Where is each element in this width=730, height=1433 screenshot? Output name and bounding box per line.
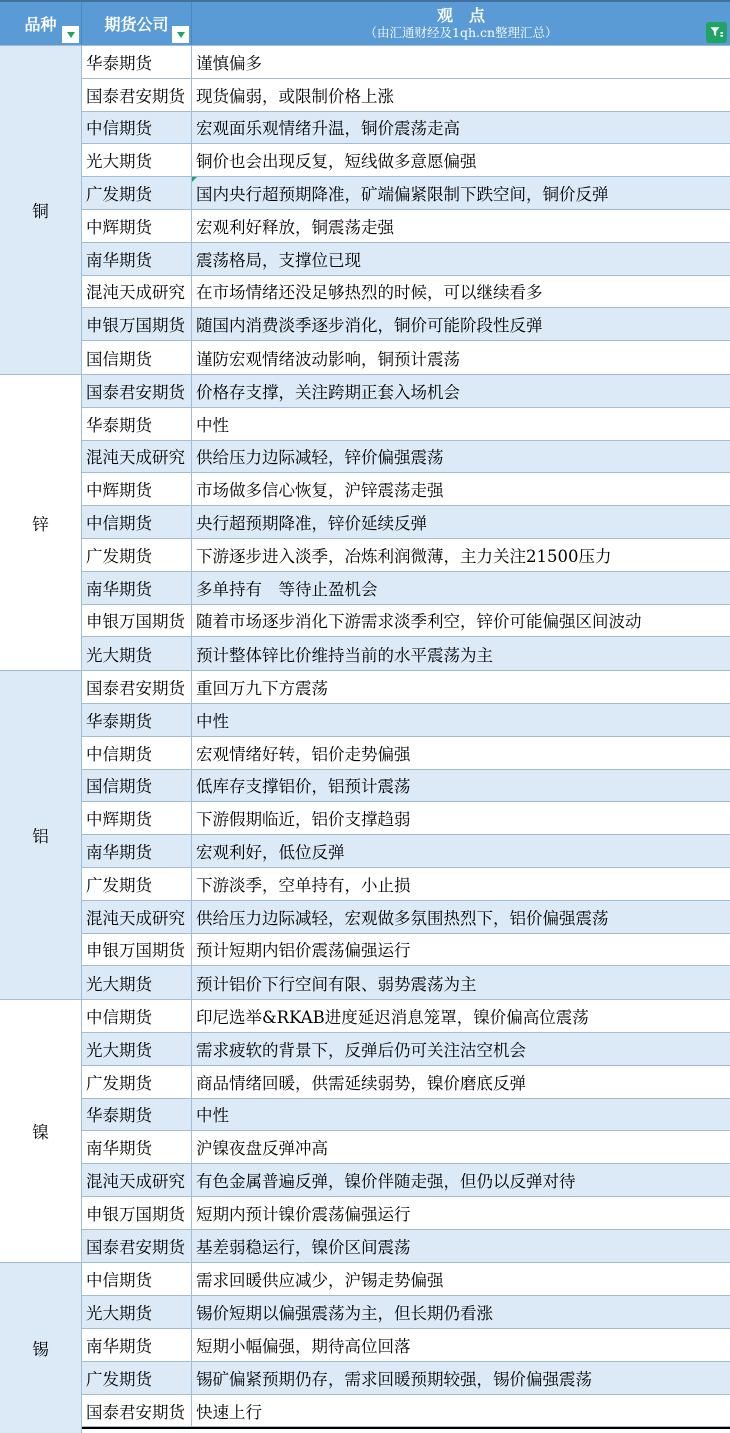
table-row: 光大期货预计整体锌比价维持当前的水平震荡为主 — [82, 637, 730, 670]
table-row: 南华期货震荡格局，支撑位已现 — [82, 243, 730, 276]
company-cell[interactable]: 混沌天成研究 — [82, 1164, 192, 1196]
viewpoint-cell[interactable]: 央行超预期降准，锌价延续反弹 — [192, 506, 730, 538]
table-row: 申银万国期货随国内消费淡季逐步消化，铜价可能阶段性反弹 — [82, 308, 730, 341]
viewpoint-cell[interactable]: 宏观利好，低位反弹 — [192, 835, 730, 867]
company-cell[interactable]: 光大期货 — [82, 144, 192, 176]
company-cell[interactable]: 华泰期货 — [82, 1099, 192, 1131]
table-row: 国泰君安期货现货偏弱，或限制价格上涨 — [82, 79, 730, 112]
company-cell[interactable]: 广发期货 — [82, 1066, 192, 1098]
company-cell[interactable]: 南华期货 — [82, 1329, 192, 1361]
company-cell[interactable]: 中信期货 — [82, 737, 192, 769]
viewpoint-cell[interactable]: 有色金属普遍反弹，镍价伴随走强，但仍以反弹对待 — [192, 1164, 730, 1196]
table-row: 广发期货商品情绪回暖，供需延续弱势，镍价磨底反弹 — [82, 1066, 730, 1099]
section-rows: 国泰君安期货重回万九下方震荡华泰期货中性中信期货宏观情绪好转，铝价走势偏强国信期… — [82, 671, 730, 999]
table-row: 申银万国期货预计短期内铝价震荡偏强运行 — [82, 934, 730, 967]
viewpoint-cell[interactable]: 印尼选举&RKAB进度延迟消息笼罩，镍价偏高位震荡 — [192, 1000, 730, 1032]
table-body: 铜华泰期货谨慎偏多国泰君安期货现货偏弱，或限制价格上涨中信期货宏观面乐观情绪升温… — [0, 46, 730, 1433]
table-row: 中辉期货宏观利好释放，铜震荡走强 — [82, 210, 730, 243]
viewpoint-cell[interactable]: 需求回暖供应减少，沪锡走势偏强 — [192, 1263, 730, 1295]
table-row: 国泰君安期货快速上行 — [82, 1395, 730, 1428]
table-row: 光大期货锡价短期以偏强震荡为主，但长期仍看涨 — [82, 1296, 730, 1329]
table-row: 华泰期货中性 — [82, 1099, 730, 1132]
table-row: 中信期货需求回暖供应减少，沪锡走势偏强 — [82, 1263, 730, 1296]
company-cell[interactable]: 华泰期货 — [82, 408, 192, 440]
table-row: 中辉期货下游假期临近，铝价支撑趋弱 — [82, 802, 730, 835]
viewpoint-cell[interactable]: 中性 — [192, 408, 730, 440]
table-row: 广发期货下游淡季，空单持有，小止损 — [82, 868, 730, 901]
chevron-down-icon — [67, 32, 75, 38]
variety-cell[interactable]: 铝 — [0, 671, 82, 999]
company-cell[interactable]: 国泰君安期货 — [82, 79, 192, 111]
company-cell[interactable]: 国信期货 — [82, 341, 192, 374]
viewpoint-cell[interactable]: 预计整体锌比价维持当前的水平震荡为主 — [192, 637, 730, 670]
variety-cell[interactable]: 镍 — [0, 1000, 82, 1262]
table-row: 华泰期货谨慎偏多 — [82, 46, 730, 79]
header-row: 品种 期货公司 观 点 （由汇通财经及1qh.cn整理汇总） — [0, 0, 730, 46]
commodity-section-4: 镍中信期货印尼选举&RKAB进度延迟消息笼罩，镍价偏高位震荡光大期货需求疲软的背… — [0, 1000, 730, 1263]
table-row: 华泰期货中性 — [82, 704, 730, 737]
company-cell[interactable]: 国泰君安期货 — [82, 375, 192, 407]
variety-label: 镍 — [32, 1119, 49, 1143]
section-rows: 中信期货需求回暖供应减少，沪锡走势偏强光大期货锡价短期以偏强震荡为主，但长期仍看… — [82, 1263, 730, 1433]
table-row: 南华期货多单持有 等待止盈机会 — [82, 572, 730, 605]
company-cell[interactable]: 国泰君安期货 — [82, 1395, 192, 1427]
viewpoint-cell[interactable]: 短期小幅偏强，期待高位回落 — [192, 1329, 730, 1361]
company-cell[interactable]: 申银万国期货 — [82, 1197, 192, 1229]
viewpoint-header-title: 观 点 — [437, 7, 485, 25]
viewpoint-cell[interactable]: 谨防宏观情绪波动影响，铜预计震荡 — [192, 341, 730, 374]
viewpoint-cell[interactable]: 商品情绪回暖，供需延续弱势，镍价磨底反弹 — [192, 1066, 730, 1098]
company-cell[interactable]: 中信期货 — [82, 1000, 192, 1032]
table-row: 中信期货央行超预期降准，锌价延续反弹 — [82, 506, 730, 539]
table-row: 广发期货国内央行超预期降准，矿端偏紧限制下跌空间，铜价反弹 — [82, 177, 730, 210]
company-cell[interactable]: 南华期货 — [82, 572, 192, 604]
table-row: 南华期货沪镍夜盘反弹冲高 — [82, 1131, 730, 1164]
table-row: 中信期货宏观情绪好转，铝价走势偏强 — [82, 737, 730, 770]
section-rows: 华泰期货谨慎偏多国泰君安期货现货偏弱，或限制价格上涨中信期货宏观面乐观情绪升温，… — [82, 46, 730, 374]
viewpoint-cell[interactable]: 市场做多信心恢复，沪锌震荡走强 — [192, 473, 730, 505]
section-rows: 中信期货印尼选举&RKAB进度延迟消息笼罩，镍价偏高位震荡光大期货需求疲软的背景… — [82, 1000, 730, 1262]
company-cell[interactable]: 广发期货 — [82, 539, 192, 571]
company-cell[interactable]: 南华期货 — [82, 1131, 192, 1163]
commodity-section-5: 锡中信期货需求回暖供应减少，沪锡走势偏强光大期货锡价短期以偏强震荡为主，但长期仍… — [0, 1263, 730, 1433]
filter-funnel-icon — [709, 25, 724, 40]
table-row: 光大期货预计铝价下行空间有限、弱势震荡为主 — [82, 966, 730, 999]
viewpoint-cell[interactable]: 需求疲软的背景下，反弹后仍可关注沽空机会 — [192, 1033, 730, 1065]
viewpoint-cell[interactable]: 随着市场逐步消化下游需求淡季利空，锌价可能偏强区间波动 — [192, 605, 730, 637]
header-cell-viewpoint[interactable]: 观 点 （由汇通财经及1qh.cn整理汇总） — [192, 2, 730, 45]
company-header-label: 期货公司 — [104, 12, 168, 35]
company-cell[interactable]: 中信期货 — [82, 112, 192, 144]
company-cell[interactable]: 华泰期货 — [82, 46, 192, 78]
table-row: 申银万国期货随着市场逐步消化下游需求淡季利空，锌价可能偏强区间波动 — [82, 605, 730, 638]
company-filter-dropdown-button[interactable] — [172, 26, 189, 43]
table-row: 国泰君安期货价格存支撑，关注跨期正套入场机会 — [82, 375, 730, 408]
table-row: 光大期货铜价也会出现反复，短线做多意愿偏强 — [82, 144, 730, 177]
table-row: 国信期货低库存支撑铝价，铝预计震荡 — [82, 770, 730, 803]
viewpoint-cell[interactable]: 下游逐步进入淡季，冶炼利润微薄，主力关注21500压力 — [192, 539, 730, 571]
variety-cell[interactable]: 锡 — [0, 1263, 82, 1433]
commodity-section-1: 铜华泰期货谨慎偏多国泰君安期货现货偏弱，或限制价格上涨中信期货宏观面乐观情绪升温… — [0, 46, 730, 375]
table-row: 国泰君安期货重回万九下方震荡 — [82, 671, 730, 704]
viewpoint-cell[interactable]: 震荡格局，支撑位已现 — [192, 243, 730, 275]
header-cell-company[interactable]: 期货公司 — [82, 2, 192, 45]
company-cell[interactable]: 国信期货 — [82, 770, 192, 802]
table-row: 国泰君安期货基差弱稳运行，镍价区间震荡 — [82, 1230, 730, 1263]
viewpoint-cell[interactable]: 供给压力边际减轻，宏观做多氛围热烈下，铝价偏强震荡 — [192, 901, 730, 933]
viewpoint-cell[interactable]: 宏观利好释放，铜震荡走强 — [192, 210, 730, 242]
viewpoint-cell[interactable]: 预计短期内铝价震荡偏强运行 — [192, 934, 730, 966]
viewpoint-cell[interactable]: 中性 — [192, 704, 730, 736]
viewpoint-cell[interactable]: 铜价也会出现反复，短线做多意愿偏强 — [192, 144, 730, 176]
company-cell[interactable]: 光大期货 — [82, 1033, 192, 1065]
variety-label: 锌 — [32, 511, 49, 535]
table-row: 南华期货短期小幅偏强，期待高位回落 — [82, 1329, 730, 1362]
viewpoint-cell[interactable]: 下游淡季，空单持有，小止损 — [192, 868, 730, 900]
cell-flag-marker-icon — [192, 177, 197, 182]
table-row: 广发期货锡矿偏紧预期仍存，需求回暖预期较强，锡价偏强震荡 — [82, 1362, 730, 1395]
viewpoint-cell[interactable]: 预计铝价下行空间有限、弱势震荡为主 — [192, 966, 730, 999]
company-cell[interactable]: 申银万国期货 — [82, 605, 192, 637]
spreadsheet: 品种 期货公司 观 点 （由汇通财经及1qh.cn整理汇总） 铜华泰期货谨 — [0, 0, 730, 1433]
viewpoint-cell[interactable]: 基差弱稳运行，镍价区间震荡 — [192, 1230, 730, 1263]
viewpoint-cell[interactable]: 价格存支撑，关注跨期正套入场机会 — [192, 375, 730, 407]
viewpoint-cell[interactable]: 短期内预计镍价震荡偏强运行 — [192, 1197, 730, 1229]
variety-label: 铜 — [32, 198, 49, 222]
viewpoint-cell[interactable]: 供给压力边际减轻，锌价偏强震荡 — [192, 441, 730, 473]
company-cell[interactable]: 华泰期货 — [82, 704, 192, 736]
table-row: 广发期货下游逐步进入淡季，冶炼利润微薄，主力关注21500压力 — [82, 539, 730, 572]
table-row: 申银万国期货短期内预计镍价震荡偏强运行 — [82, 1197, 730, 1230]
viewpoint-cell[interactable]: 随国内消费淡季逐步消化，铜价可能阶段性反弹 — [192, 308, 730, 340]
viewpoint-cell[interactable]: 现货偏弱，或限制价格上涨 — [192, 79, 730, 111]
company-cell[interactable]: 国泰君安期货 — [82, 1230, 192, 1263]
viewpoint-cell[interactable]: 宏观面乐观情绪升温，铜价震荡走高 — [192, 112, 730, 144]
table-bottom-edge — [82, 1427, 730, 1433]
variety-filter-dropdown-button[interactable] — [62, 26, 79, 43]
company-cell[interactable]: 申银万国期货 — [82, 308, 192, 340]
variety-label: 铝 — [32, 823, 49, 847]
company-cell[interactable]: 申银万国期货 — [82, 934, 192, 966]
table-row: 混沌天成研究在市场情绪还没足够热烈的时候，可以继续看多 — [82, 276, 730, 309]
company-cell[interactable]: 南华期货 — [82, 243, 192, 275]
table-row: 混沌天成研究有色金属普遍反弹，镍价伴随走强，但仍以反弹对待 — [82, 1164, 730, 1197]
company-cell[interactable]: 广发期货 — [82, 868, 192, 900]
company-cell[interactable]: 广发期货 — [82, 1362, 192, 1394]
company-cell[interactable]: 广发期货 — [82, 177, 192, 209]
company-cell[interactable]: 光大期货 — [82, 1296, 192, 1328]
table-row: 华泰期货中性 — [82, 408, 730, 441]
viewpoint-cell[interactable]: 宏观情绪好转，铝价走势偏强 — [192, 737, 730, 769]
viewpoint-cell[interactable]: 沪镍夜盘反弹冲高 — [192, 1131, 730, 1163]
company-cell[interactable]: 中信期货 — [82, 1263, 192, 1295]
viewpoint-cell[interactable]: 锡价短期以偏强震荡为主，但长期仍看涨 — [192, 1296, 730, 1328]
company-cell[interactable]: 光大期货 — [82, 966, 192, 999]
viewpoint-cell[interactable]: 国内央行超预期降准，矿端偏紧限制下跌空间，铜价反弹 — [192, 177, 730, 209]
viewpoint-cell[interactable]: 中性 — [192, 1099, 730, 1131]
viewpoint-cell[interactable]: 谨慎偏多 — [192, 46, 730, 78]
table-row: 国信期货谨防宏观情绪波动影响，铜预计震荡 — [82, 341, 730, 374]
variety-cell[interactable]: 锌 — [0, 375, 82, 670]
company-cell[interactable]: 中辉期货 — [82, 802, 192, 834]
table-row: 中信期货宏观面乐观情绪升温，铜价震荡走高 — [82, 112, 730, 145]
table-row: 混沌天成研究供给压力边际减轻，宏观做多氛围热烈下，铝价偏强震荡 — [82, 901, 730, 934]
sheet-filter-button[interactable] — [706, 22, 727, 43]
company-cell[interactable]: 中辉期货 — [82, 210, 192, 242]
company-cell[interactable]: 中信期货 — [82, 506, 192, 538]
viewpoint-cell[interactable]: 快速上行 — [192, 1395, 730, 1427]
viewpoint-cell[interactable]: 在市场情绪还没足够热烈的时候，可以继续看多 — [192, 276, 730, 308]
variety-label: 锡 — [32, 1336, 49, 1360]
section-rows: 国泰君安期货价格存支撑，关注跨期正套入场机会华泰期货中性混沌天成研究供给压力边际… — [82, 375, 730, 670]
viewpoint-cell[interactable]: 重回万九下方震荡 — [192, 671, 730, 703]
viewpoint-cell[interactable]: 锡矿偏紧预期仍存，需求回暖预期较强，锡价偏强震荡 — [192, 1362, 730, 1394]
table-row: 中信期货印尼选举&RKAB进度延迟消息笼罩，镍价偏高位震荡 — [82, 1000, 730, 1033]
table-row: 光大期货需求疲软的背景下，反弹后仍可关注沽空机会 — [82, 1033, 730, 1066]
company-cell[interactable]: 混沌天成研究 — [82, 441, 192, 473]
header-cell-variety[interactable]: 品种 — [0, 2, 82, 45]
commodity-section-3: 铝国泰君安期货重回万九下方震荡华泰期货中性中信期货宏观情绪好转，铝价走势偏强国信… — [0, 671, 730, 1000]
company-cell[interactable]: 混沌天成研究 — [82, 276, 192, 308]
variety-header-label: 品种 — [24, 12, 56, 35]
company-cell[interactable]: 中辉期货 — [82, 473, 192, 505]
chevron-down-icon — [177, 32, 185, 38]
table-row: 混沌天成研究供给压力边际减轻，锌价偏强震荡 — [82, 441, 730, 474]
company-cell[interactable]: 南华期货 — [82, 835, 192, 867]
commodity-section-2: 锌国泰君安期货价格存支撑，关注跨期正套入场机会华泰期货中性混沌天成研究供给压力边… — [0, 375, 730, 671]
company-cell[interactable]: 国泰君安期货 — [82, 671, 192, 703]
variety-cell[interactable]: 铜 — [0, 46, 82, 374]
company-cell[interactable]: 混沌天成研究 — [82, 901, 192, 933]
table-row: 中辉期货市场做多信心恢复，沪锌震荡走强 — [82, 473, 730, 506]
viewpoint-cell[interactable]: 多单持有 等待止盈机会 — [192, 572, 730, 604]
viewpoint-cell[interactable]: 下游假期临近，铝价支撑趋弱 — [192, 802, 730, 834]
viewpoint-header-subtitle: （由汇通财经及1qh.cn整理汇总） — [364, 26, 557, 40]
company-cell[interactable]: 光大期货 — [82, 637, 192, 670]
table-row: 南华期货宏观利好，低位反弹 — [82, 835, 730, 868]
viewpoint-cell[interactable]: 低库存支撑铝价，铝预计震荡 — [192, 770, 730, 802]
